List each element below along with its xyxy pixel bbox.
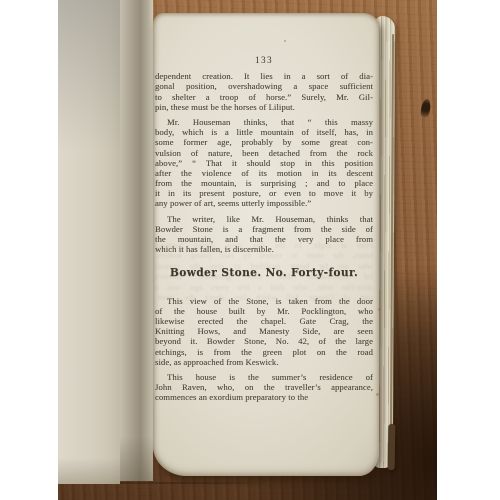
- text-line: of the house built by Mr. Pocklington, w…: [155, 306, 373, 316]
- text-line: it in its present posture, or even to mo…: [155, 188, 373, 198]
- text-line: vulsion of nature, been detached from th…: [155, 148, 373, 158]
- left-page: [58, 0, 120, 484]
- text-line: above,” “ That it should stop in this po…: [155, 158, 373, 168]
- paragraph: The writer, like Mr. Houseman, thinks th…: [155, 214, 373, 255]
- text-line: This house is the summer’s residence of: [155, 372, 373, 382]
- text-line: likewise erected the chapel. Gate Crag, …: [155, 316, 373, 326]
- text-line: gonal position, overshadowing a space su…: [155, 81, 373, 91]
- paragraph: Mr. Houseman thinks, that “ this massybo…: [155, 117, 373, 209]
- page-number: 133: [155, 55, 373, 65]
- foxing-spot: [378, 308, 381, 311]
- text-line: pin, these must be the horses of Liliput…: [155, 102, 373, 112]
- paragraph: This view of the Stone, is taken from th…: [155, 296, 373, 367]
- text-line: side, as approached from Keswick.: [155, 357, 373, 367]
- text-line: This view of the Stone, is taken from th…: [155, 296, 373, 306]
- text-line: after the violence of its motion in its …: [155, 168, 373, 178]
- text-line: Knitting Hows, and Manesty Side, are see…: [155, 326, 373, 336]
- text-line: any power of art, seems utterly impossib…: [155, 198, 373, 208]
- text-line: to shelter a troop of horse.” Surely, Mr…: [155, 92, 373, 102]
- book-gutter: [120, 0, 153, 481]
- text-line: etchings, is from the green plot on the …: [155, 347, 373, 357]
- text-line: John Raven, who, on the traveller’s appe…: [155, 382, 373, 392]
- text-line: which it has fallen, is discernible.: [155, 244, 373, 254]
- screenshot-root: even at night. In the day time, during b…: [0, 0, 500, 500]
- text-line: from the mountain, is surprising ; and t…: [155, 178, 373, 188]
- text-line: commences an exordium preparatory to the: [155, 392, 373, 402]
- foxing-spot: [213, 250, 215, 252]
- text-line: body, which is a little mountain of itse…: [155, 127, 373, 137]
- page-text: 133dependent creation. It lies in a sort…: [155, 55, 373, 407]
- wood-knot: [419, 98, 432, 120]
- text-line: some former age, probably by some great …: [155, 137, 373, 147]
- foxing-spot: [284, 40, 286, 42]
- book-page: even at night. In the day time, during b…: [153, 13, 379, 476]
- text-line: Mr. Houseman thinks, that “ this massy: [155, 117, 373, 127]
- paragraph: dependent creation. It lies in a sort of…: [155, 71, 373, 112]
- foxing-spot: [376, 393, 379, 396]
- book-cover-edge: [388, 424, 396, 470]
- paragraph: This house is the summer’s residence ofJ…: [155, 372, 373, 403]
- text-line: beyond it. Bowder Stone, No. 42, of the …: [155, 336, 373, 346]
- text-line: Bowder Stone is a fragment from the side…: [155, 224, 373, 234]
- book-photo: even at night. In the day time, during b…: [58, 0, 437, 500]
- text-line: the mountain, and that the very place fr…: [155, 234, 373, 244]
- text-line: dependent creation. It lies in a sort of…: [155, 71, 373, 81]
- text-line: The writer, like Mr. Houseman, thinks th…: [155, 214, 373, 224]
- section-heading: Bowder Stone. No. Forty-four.: [155, 268, 373, 279]
